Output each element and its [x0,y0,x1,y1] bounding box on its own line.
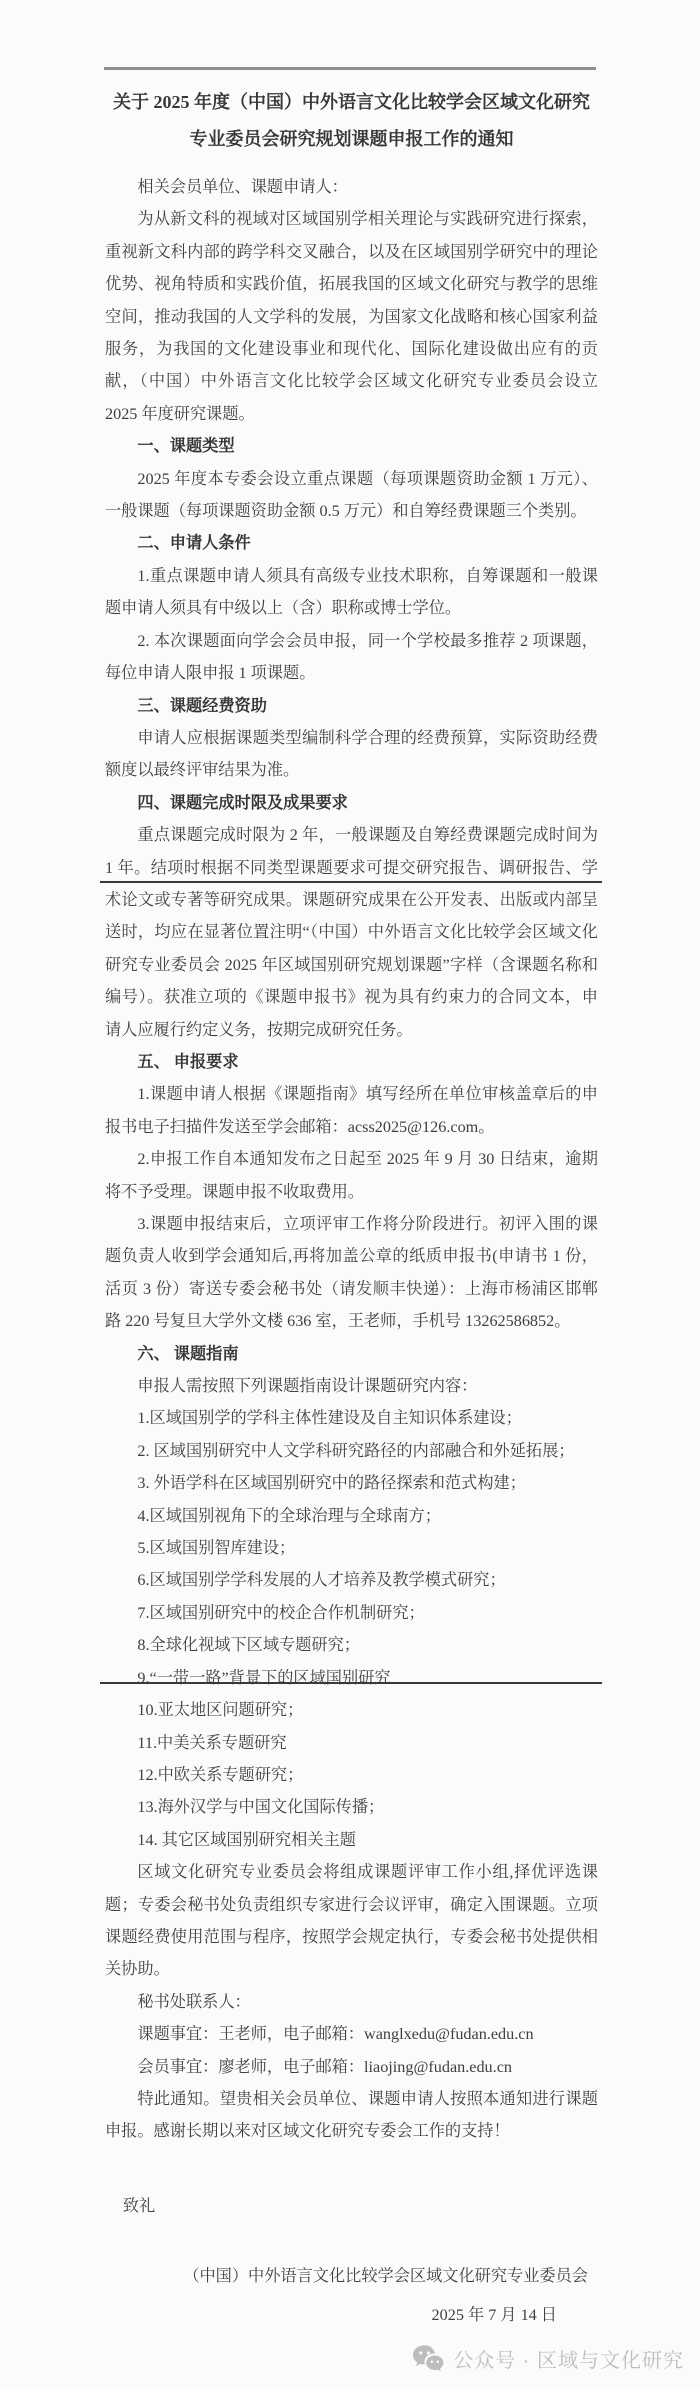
guide-item: 10.亚太地区问题研究； [105,1694,598,1726]
doc-paragraph: 2.申报工作自本通知发布之日起至 2025 年 9 月 30 日结束，逾期将不予… [105,1143,598,1208]
doc-paragraph: 重点课题完成时限为 2 年，一般课题及自筹经费课题完成时间为 1 年。结项时根据… [105,819,598,1046]
scanned-notice-page: 关于 2025 年度（中国）中外语言文化比较学会区域文化研究专业委员会研究规划课… [0,0,700,2389]
guide-item: 9.“一带一路”背景下的区域国别研究 [105,1662,598,1694]
guide-item: 13.海外汉学与中国文化国际传播； [105,1791,598,1823]
section-heading-4: 四、课题完成时限及成果要求 [105,787,598,819]
guide-item: 6.区域国别学学科发展的人才培养及教学模式研究； [105,1564,598,1596]
wechat-icon [413,2345,444,2372]
notice-body: 相关会员单位、课题申请人： 为从新文科的视域对区域国别学相关理论与实践研究进行探… [105,171,598,2222]
section-heading-5: 五、 申报要求 [105,1046,598,1078]
doc-paragraph: 申报人需按照下列课题指南设计课题研究内容： [105,1370,598,1402]
guide-item: 3. 外语学科在区域国别研究中的路径探索和范式构建； [105,1467,598,1499]
doc-paragraph: 2. 本次课题面向学会会员申报，同一个学校最多推荐 2 项课题，每位申请人限申报… [105,625,598,690]
guide-item: 5.区域国别智库建设； [105,1532,598,1564]
doc-paragraph: 申请人应根据课题类型编制科学合理的经费预算，实际资助经费额度以最终评审结果为准。 [105,722,598,787]
notice-content: 关于 2025 年度（中国）中外语言文化比较学会区域文化研究专业委员会研究规划课… [105,84,598,2222]
watermark-label: 公众号 · 区域与文化研究 [453,2344,684,2373]
intro-paragraph: 为从新文科的视域对区域国别学相关理论与实践研究进行探索，重视新文科内部的跨学科交… [105,203,598,430]
guide-item: 14. 其它区域国别研究相关主题 [105,1824,598,1856]
issue-date: 2025 年 7 月 14 日 [432,2301,557,2325]
guide-item: 8.全球化视域下区域专题研究； [105,1629,598,1661]
doc-paragraph: 1.课题申请人根据《课题指南》填写经所在单位审核盖章后的申报书电子扫描件发送至学… [105,1078,598,1143]
guide-item: 11.中美关系专题研究 [105,1727,598,1759]
page-break-line-2 [100,1682,602,1684]
guide-item: 1.区域国别学的学科主体性建设及自主知识体系建设； [105,1402,598,1434]
wechat-watermark: 公众号 · 区域与文化研究 [413,2344,684,2373]
notice-title: 关于 2025 年度（中国）中外语言文化比较学会区域文化研究专业委员会研究规划课… [105,84,598,158]
contact-line-topics: 课题事宜：王老师，电子邮箱：wanglxedu@fudan.edu.cn [105,2018,598,2050]
guide-item: 12.中欧关系专题研究； [105,1759,598,1791]
final-notice-paragraph: 特此通知。望贵相关会员单位、课题申请人按照本通知进行课题申报。感谢长期以来对区域… [105,2083,598,2148]
doc-paragraph: 2025 年度本专委会设立重点课题（每项课题资助金额 1 万元）、一般课题（每项… [105,463,598,528]
doc-paragraph: 3.课题申报结束后，立项评审工作将分阶段进行。初评入围的课题负责人收到学会通知后… [105,1208,598,1338]
guide-item: 7.区域国别研究中的校企合作机制研究； [105,1597,598,1629]
section-heading-1: 一、课题类型 [105,430,598,462]
contact-heading: 秘书处联系人： [105,1986,598,2018]
section-heading-6: 六、 课题指南 [105,1338,598,1370]
salutation: 相关会员单位、课题申请人： [105,171,598,203]
doc-paragraph: 1.重点课题申请人须具有高级专业技术职称，自筹课题和一般课题申请人须具有中级以上… [105,560,598,625]
title-divider-line [104,67,596,70]
section-heading-2: 二、申请人条件 [105,527,598,559]
contact-line-membership: 会员事宜：廖老师，电子邮箱：liaojing@fudan.edu.cn [105,2051,598,2083]
guide-item: 4.区域国别视角下的全球治理与全球南方； [105,1500,598,1532]
doc-paragraph: 区域文化研究专业委员会将组成课题评审工作小组,择优评选课题；专委会秘书处负责组织… [105,1856,598,1986]
closing-salute: 致礼 [105,2190,598,2222]
section-heading-3: 三、课题经费资助 [105,690,598,722]
issuer-signature: （中国）中外语言文化比较学会区域文化研究专业委员会 [183,2262,588,2286]
guide-item: 2. 区域国别研究中人文学科研究路径的内部融合和外延拓展； [105,1435,598,1467]
page-break-line-1 [100,881,602,883]
